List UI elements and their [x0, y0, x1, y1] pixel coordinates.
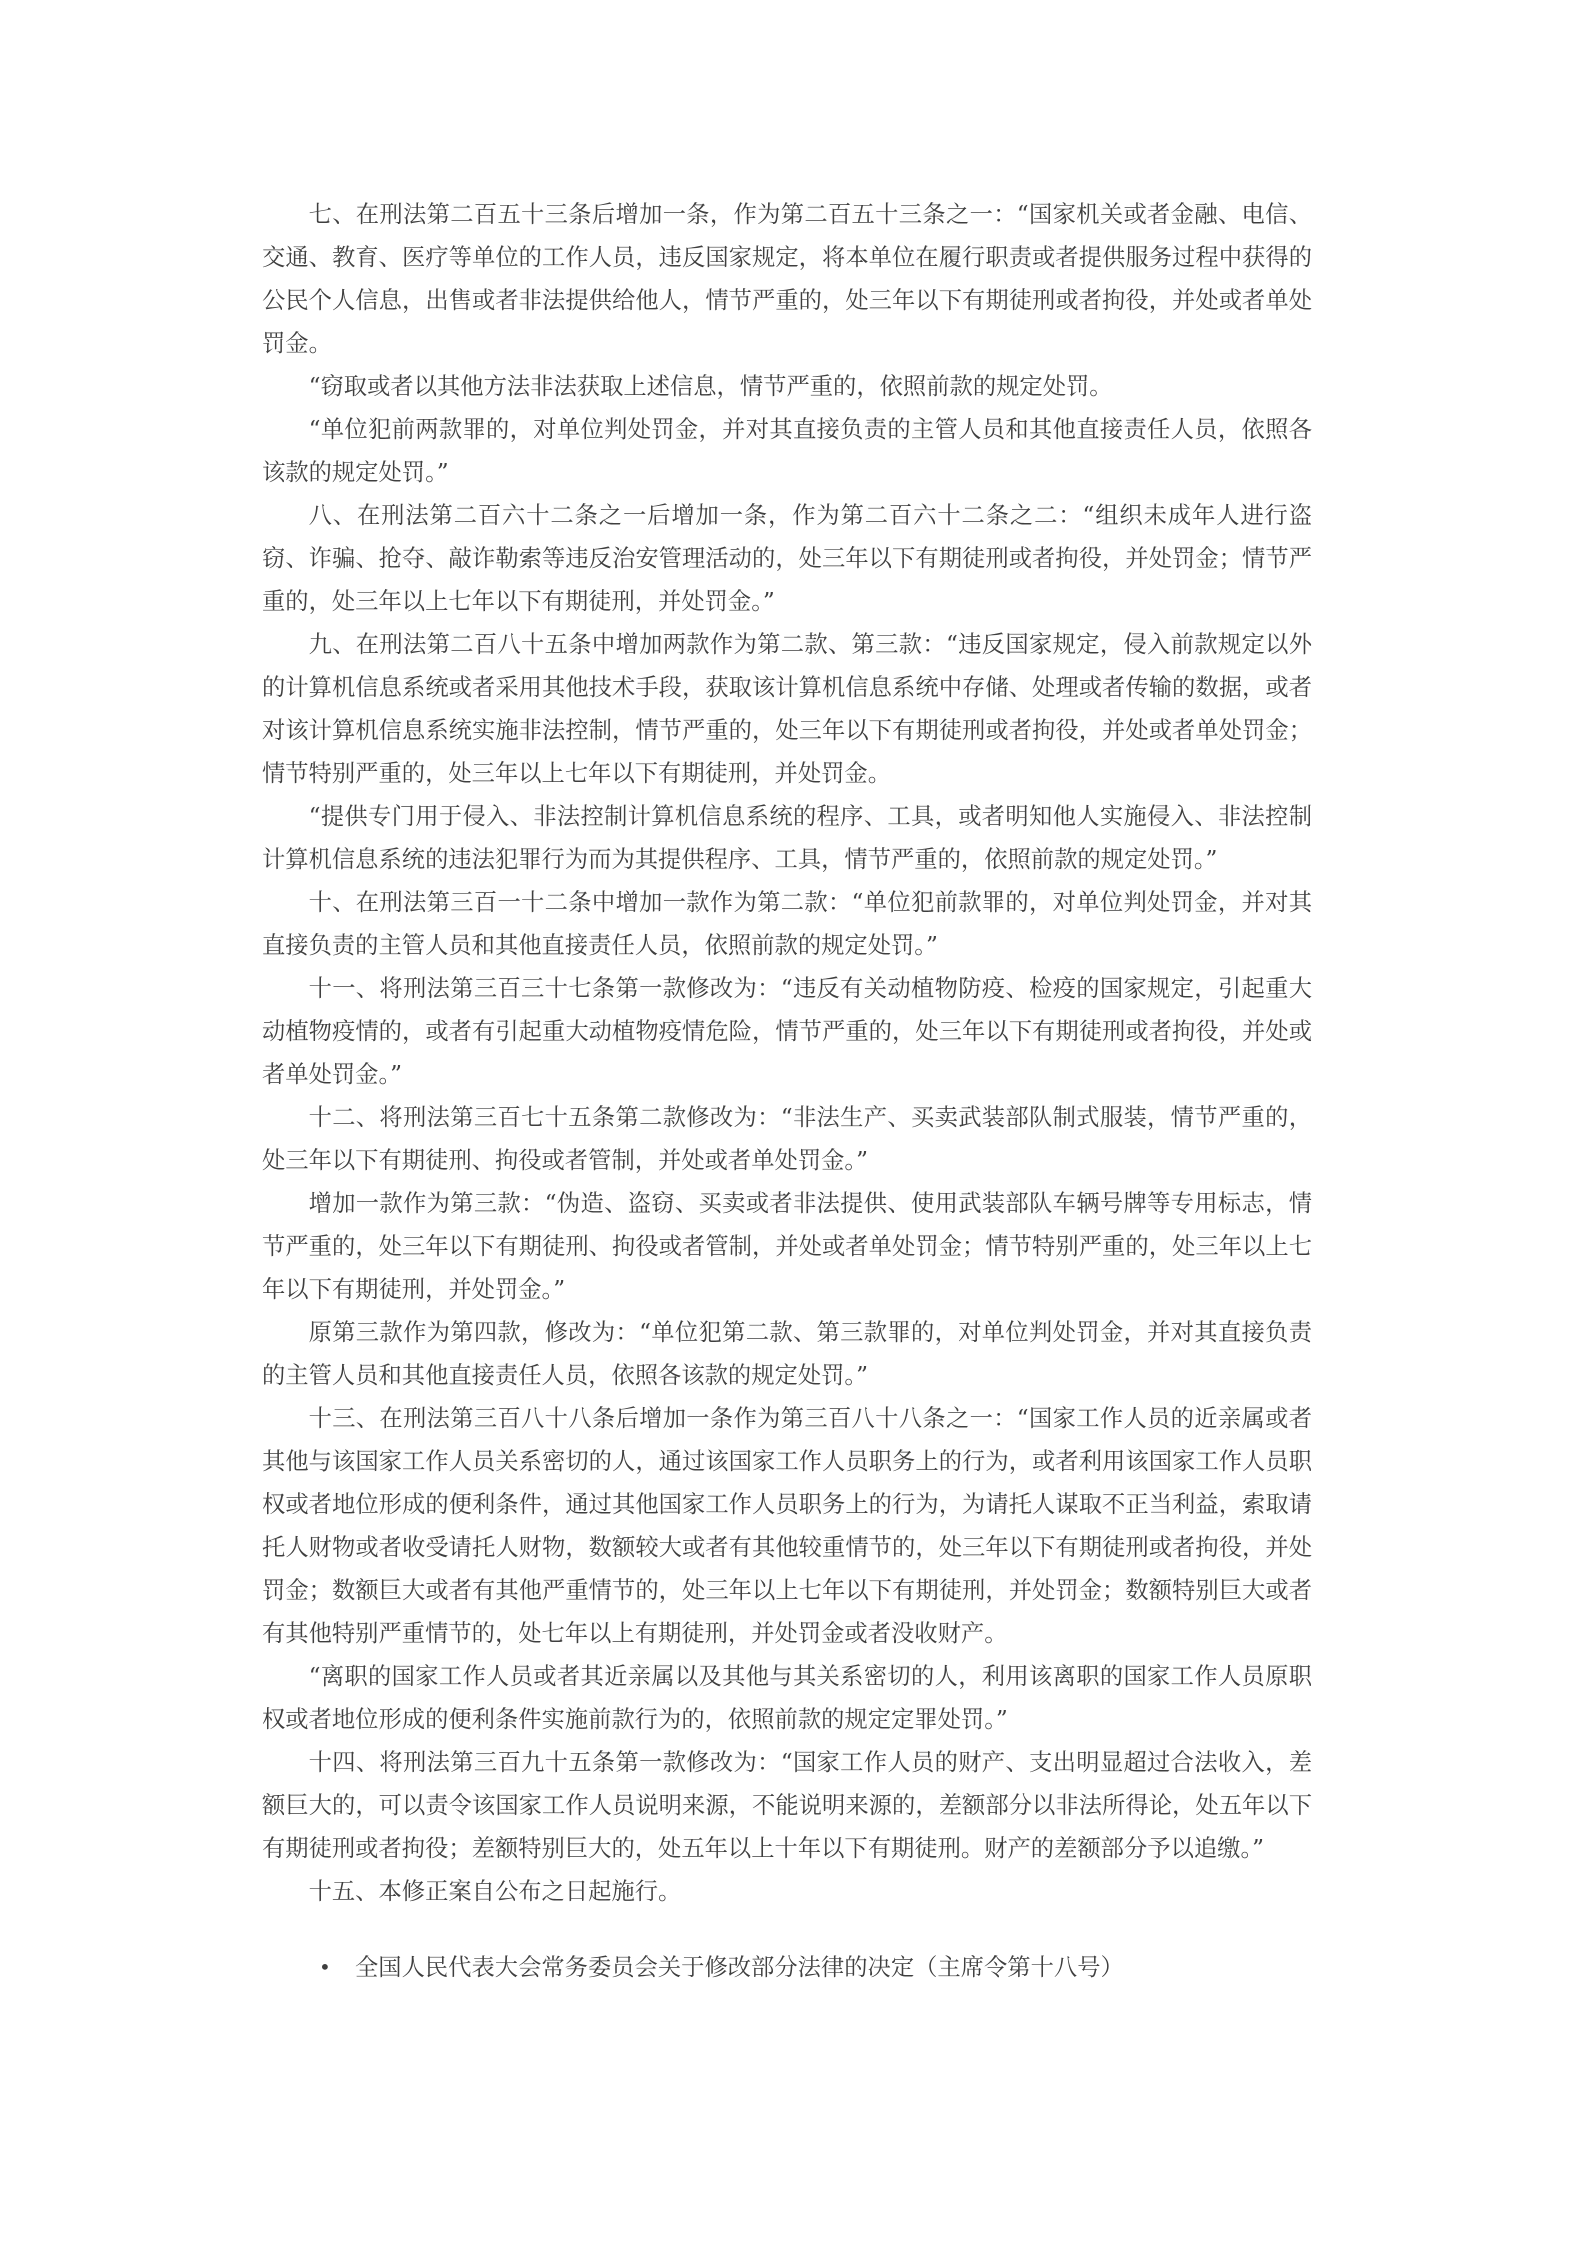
paragraph-article-8: 八、在刑法第二百六十二条之一后增加一条，作为第二百六十二条之二：“组织未成年人进…: [262, 494, 1312, 623]
paragraph-article-9-clause-2: “提供专门用于侵入、非法控制计算机信息系统的程序、工具，或者明知他人实施侵入、非…: [262, 795, 1312, 881]
paragraph-article-15: 十五、本修正案自公布之日起施行。: [262, 1870, 1312, 1913]
related-document-title: 全国人民代表大会常务委员会关于修改部分法律的决定（主席令第十八号）: [355, 1946, 1124, 1989]
related-document-list-item: • 全国人民代表大会常务委员会关于修改部分法律的决定（主席令第十八号）: [262, 1946, 1312, 1989]
paragraph-article-12-renumbered-clause: 原第三款作为第四款，修改为：“单位犯第二款、第三款罪的，对单位判处罚金，并对其直…: [262, 1311, 1312, 1397]
paragraph-article-13-clause-2: “离职的国家工作人员或者其近亲属以及其他与其关系密切的人，利用该离职的国家工作人…: [262, 1655, 1312, 1741]
document-page: 七、在刑法第二百五十三条后增加一条，作为第二百五十三条之一：“国家机关或者金融、…: [0, 0, 1586, 2244]
paragraph-article-14: 十四、将刑法第三百九十五条第一款修改为：“国家工作人员的财产、支出明显超过合法收…: [262, 1741, 1312, 1870]
paragraph-article-7-clause-2: “窃取或者以其他方法非法获取上述信息，情节严重的，依照前款的规定处罚。: [262, 365, 1312, 408]
paragraph-article-7-clause-3: “单位犯前两款罪的，对单位判处罚金，并对其直接负责的主管人员和其他直接责任人员，…: [262, 408, 1312, 494]
paragraph-article-12-added-clause: 增加一款作为第三款：“伪造、盗窃、买卖或者非法提供、使用武装部队车辆号牌等专用标…: [262, 1182, 1312, 1311]
document-text-block: 七、在刑法第二百五十三条后增加一条，作为第二百五十三条之一：“国家机关或者金融、…: [262, 0, 1312, 1989]
paragraph-article-13: 十三、在刑法第三百八十八条后增加一条作为第三百八十八条之一：“国家工作人员的近亲…: [262, 1397, 1312, 1655]
paragraph-article-7: 七、在刑法第二百五十三条后增加一条，作为第二百五十三条之一：“国家机关或者金融、…: [262, 193, 1312, 365]
paragraph-article-10: 十、在刑法第三百一十二条中增加一款作为第二款：“单位犯前款罪的，对单位判处罚金，…: [262, 881, 1312, 967]
paragraph-article-9: 九、在刑法第二百八十五条中增加两款作为第二款、第三款：“违反国家规定，侵入前款规…: [262, 623, 1312, 795]
bullet-icon: •: [262, 1946, 355, 1989]
paragraph-article-11: 十一、将刑法第三百三十七条第一款修改为：“违反有关动植物防疫、检疫的国家规定，引…: [262, 967, 1312, 1096]
paragraph-article-12: 十二、将刑法第三百七十五条第二款修改为：“非法生产、买卖武装部队制式服装，情节严…: [262, 1096, 1312, 1182]
